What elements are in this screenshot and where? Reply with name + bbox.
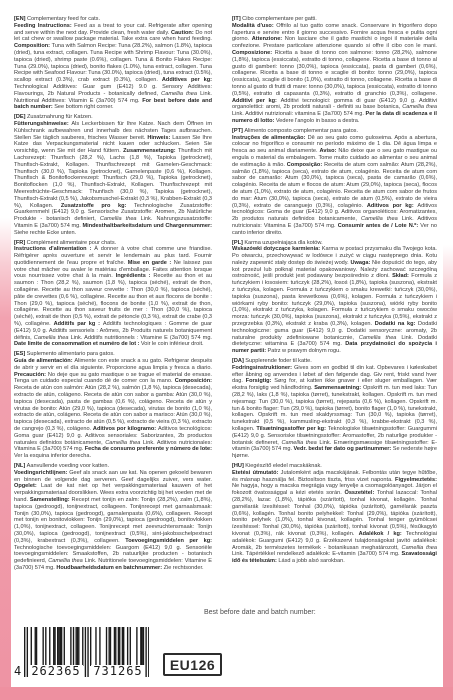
text-run: Additifs par kg : — [54, 321, 103, 327]
text-run: Patrz w prawym dolnym rogu. — [268, 348, 341, 354]
package-edge-left — [0, 218, 11, 700]
text-run: Camellia thea — [402, 545, 437, 551]
text-run: Toevoegingsmiddelen per kg: — [125, 538, 212, 544]
text-run: Camellia thea — [281, 440, 316, 446]
text-run: Date limite de consommation et numéro de… — [14, 341, 141, 347]
text-run: Link. Tápértékkel rendelkező adalékok: E… — [232, 551, 402, 557]
label-section-it: [IT] Cibo complementare per gatti.Modali… — [232, 16, 437, 125]
text-run: Hinweis: — [147, 135, 172, 141]
text-run: [DE] — [14, 114, 27, 120]
text-run: Skład: — [392, 273, 411, 279]
text-run: Attenzione: — [252, 36, 285, 42]
label-section-nl: [NL] Aanvullende voeding voor katten.Voe… — [14, 463, 212, 572]
batch-code-box: EU126 — [163, 653, 222, 676]
package-edge-right — [443, 245, 453, 700]
label-section-pl: [PL] Karma uzupełniająca dla kotów.Wskaz… — [232, 240, 437, 356]
text-run: Aanvullende voeding voor katten. — [27, 463, 109, 469]
text-run: Camellia thea — [161, 91, 197, 97]
text-run: Figyelmeztetés: — [395, 477, 437, 483]
text-run: Recept met tonijn en zalm: Tonijn (28,2%… — [14, 497, 212, 544]
text-run: Kiegészítő eledel macskáknak. — [245, 463, 322, 469]
label-section-hu: [HU] Kiegészítő eledel macskáknak.Etetés… — [232, 463, 437, 565]
text-run: Link. Additivi nutrizionali: vitamina E … — [232, 111, 366, 117]
text-run: [PT] — [232, 128, 244, 134]
text-run: Receta de atún con salmón: Atún (28,2 %)… — [14, 385, 212, 432]
text-run: Formuła z tuńczykiem i łososiem: tuńczyk… — [232, 273, 437, 327]
text-run: Lásd a jobb alsó sarokban. — [278, 558, 344, 564]
text-run: Etetési útmutató: — [232, 470, 281, 476]
label-section-pt: [PT] Alimento composto complementar para… — [232, 128, 437, 237]
text-run: Composición: — [175, 378, 212, 384]
text-run: Zusatznahrung für Katzen. — [27, 114, 93, 120]
text-run: Thunfisch mit Lachsrezept: Thunfisch (28… — [14, 148, 212, 208]
text-run: Opskrift m. tun med laks: Tun (28,2 %), … — [232, 385, 437, 432]
text-run: Camellia thea — [48, 558, 83, 564]
text-run: [NL] — [14, 463, 27, 469]
text-run: See bottom right corner. — [54, 104, 113, 110]
text-run: Aditivos por kg: — [367, 203, 418, 209]
text-run: Camellia thea — [361, 216, 398, 222]
text-run: [EN] — [14, 16, 27, 22]
label-column-left: [EN] Complementary feed for cats.Feeding… — [14, 16, 212, 575]
text-run: Cibo complementare per gatti. — [242, 16, 317, 22]
pet-food-label-back: [EN] Complementary feed for cats.Feeding… — [0, 0, 453, 700]
text-run: Camellia thea — [100, 216, 137, 222]
text-run: Tilsætningsstoffer per kg: — [256, 426, 328, 432]
text-run: Camellia thea — [105, 440, 140, 446]
text-run: Siehe rechte Ecke unten. — [14, 230, 76, 236]
text-run: Fodringsinstruktioner: — [232, 365, 294, 371]
batch-code: EU126 — [170, 657, 215, 673]
text-run: Mise en garde : — [128, 260, 174, 266]
text-run: [FR] — [14, 240, 27, 246]
text-run: Link. Additifs nutritionnels : Vitamine … — [69, 335, 212, 341]
text-run: Additivi per kg: — [232, 98, 281, 104]
text-run: Wskazówki dotyczące karmienia: — [232, 246, 322, 252]
ean-digits-left: 262365 — [29, 665, 83, 678]
text-run: Feeding Instructions: — [14, 23, 74, 29]
ean-digits-right: 731265 — [91, 665, 145, 678]
text-run: Supplerende foder til katte. — [245, 358, 312, 364]
text-run: Ver la esquina inferior derecha. — [14, 453, 91, 459]
label-section-es: [ES] Suplemento alimentario para gatos.G… — [14, 351, 212, 460]
text-run: Caution: — [171, 30, 195, 36]
text-run: Dodatki na kg: — [375, 321, 418, 327]
text-run: Voir le coin inférieur droit. — [141, 341, 204, 347]
text-run: Vedr. bedst før dato og partinummer: — [294, 446, 393, 452]
text-run: Ricetta a base di tonno con salmone: ton… — [232, 50, 437, 97]
text-run: Composição: — [287, 162, 324, 168]
ean-digit-first: 4 — [14, 665, 21, 678]
text-run: Precaución: — [14, 372, 48, 378]
text-run: Sammensætning: — [314, 385, 363, 391]
text-run: Voedingsrichtlijnen: — [14, 470, 69, 476]
text-run: Guía de alimentación: — [14, 358, 74, 364]
text-run: Tonhal lazaccal: Tonhal (28,2%), lazac (… — [232, 490, 437, 537]
text-run: Adalékok / kg: — [359, 531, 406, 537]
text-run: Karma uzupełniająca dla kotów. — [244, 240, 322, 246]
text-run: Zusammensetzung: — [123, 148, 178, 154]
text-run: Recette au thon et au saumon : Thon (28,… — [14, 273, 212, 327]
label-section-en: [EN] Complementary feed for cats.Feeding… — [14, 16, 212, 111]
label-column-right: [IT] Cibo complementare per gatti.Modali… — [232, 16, 437, 568]
text-run: Composizione: — [232, 50, 275, 56]
text-run: Zusatzstoffe pro kg: — [61, 203, 134, 209]
text-run: Uwaga: — [350, 260, 372, 266]
text-run: Complementary feed for cats. — [27, 16, 100, 22]
package-edge-bottom — [0, 687, 453, 700]
text-run: Aditivos por kilogramo: — [93, 426, 158, 432]
text-run: Consumir antes de / Lote N.º: — [338, 223, 421, 229]
text-run: Suplemento alimentario para gatos. — [27, 351, 115, 357]
text-run: Camellia thea — [402, 104, 437, 110]
text-run: Vedere l'angolo in basso a destra. — [276, 118, 360, 124]
text-run: Additives per kg: — [162, 77, 212, 83]
text-run: [ES] — [14, 351, 27, 357]
text-run: Instructions d'alimentation : — [14, 246, 94, 252]
best-before-line: Best before date and batch number: — [204, 609, 316, 616]
text-run: [HU] — [232, 463, 245, 469]
text-run: Mindesthaltbarkeitsdatum und Chargennumm… — [83, 223, 213, 229]
text-run: Houdbaarheidsdatum en batchnummer: — [56, 565, 163, 571]
label-section-da: [DA] Supplerende foder til katte.Fodring… — [232, 358, 437, 460]
text-run: Összetétel: — [344, 490, 377, 496]
text-run: Forsigtig: — [246, 378, 275, 384]
text-run: Alimento composto complementar para gato… — [244, 128, 358, 134]
text-run: Camellia thea — [34, 335, 69, 341]
text-run: Aviso: — [320, 148, 339, 154]
text-run: Fecha de consumo preferente y número de … — [85, 446, 212, 452]
text-run: Samenstelling: — [30, 497, 72, 503]
label-section-de: [DE] Zusatznahrung für Katzen.Fütterungs… — [14, 114, 212, 236]
text-run: Zie rechtsonder. — [164, 565, 204, 571]
text-run: [IT] — [232, 16, 242, 22]
label-section-fr: [FR] Complément alimentaire pour chats.I… — [14, 240, 212, 349]
text-run: [DA] — [232, 358, 245, 364]
text-run: Fütterungshinweise: — [14, 121, 71, 127]
text-run: Ingrédients : — [116, 273, 154, 279]
text-run: Camellia thea — [359, 335, 397, 341]
text-run: Receita de atum com salmão: Atum (28,2%)… — [232, 162, 437, 209]
ean-barcode: 4 262365 731265 — [14, 627, 154, 683]
text-run: Composition: — [14, 43, 52, 49]
text-run: Instruções de alimentação: — [232, 135, 308, 141]
text-run: [PL] — [232, 240, 244, 246]
text-run: Opgelet: — [14, 483, 41, 489]
text-run: Complément alimentaire pour chats. — [27, 240, 117, 246]
text-run: Modalità d'uso: — [232, 23, 276, 29]
